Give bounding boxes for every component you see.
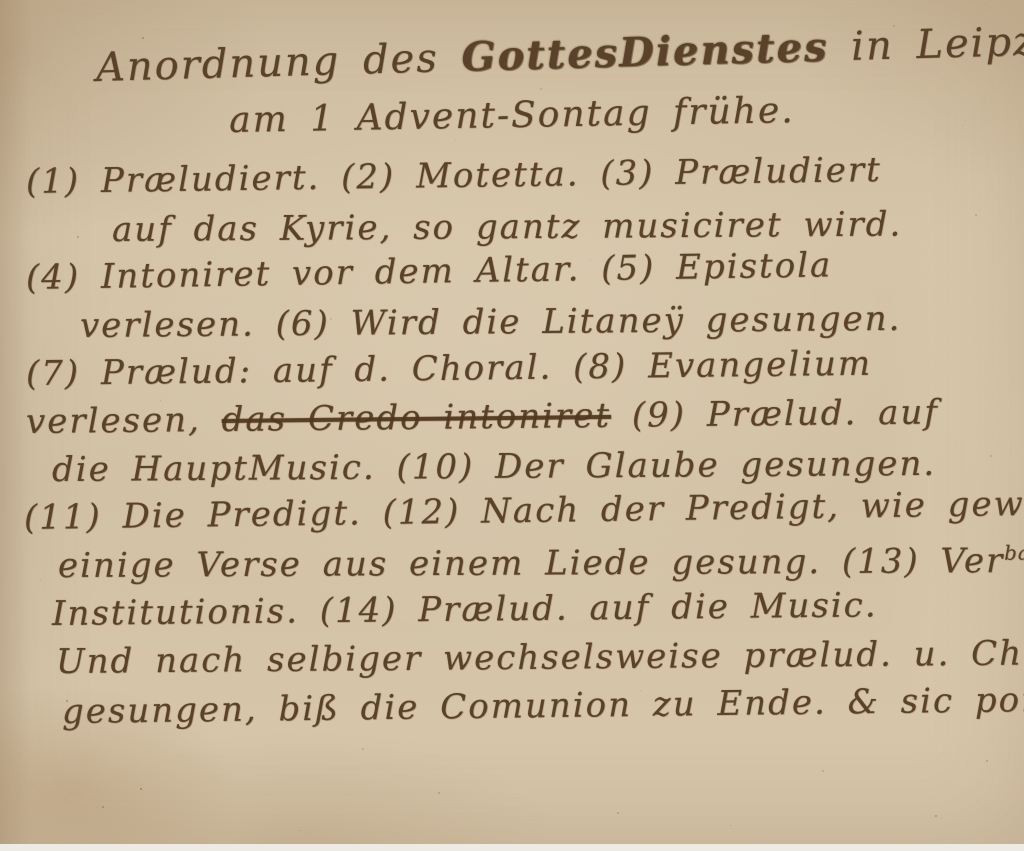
title-line-1: Anordnung des GottesDienstes in Leipzig — [95, 17, 1024, 91]
manuscript-line-1: (1) Præludiert. (2) Motetta. (3) Præludi… — [26, 150, 882, 202]
manuscript-line-11: Und nach selbiger wechselsweise prælud. … — [56, 633, 1024, 682]
line-12-text: gesungen, biß die Comunion zu Ende. & si… — [62, 679, 1024, 732]
manuscript-line-9: einige Verse aus einem Liede gesung. (13… — [58, 541, 1024, 586]
manuscript-line-5: (7) Prælud: auf d. Choral. (8) Evangeliu… — [26, 344, 873, 394]
line-7-text: die HauptMusic. (10) Der Glaube gesungen… — [52, 444, 936, 490]
manuscript-line-3: (4) Intoniret vor dem Altar. (5) Epistol… — [26, 245, 833, 298]
line-3-text: (4) Intoniret vor dem Altar. (5) Epistol… — [26, 245, 833, 298]
line-2-text: auf das Kyrie, so gantz musiciret wird. — [112, 204, 902, 250]
manuscript-page: Anordnung des GottesDienstes in Leipzig … — [0, 0, 1024, 851]
line-5-text: (7) Prælud: auf d. Choral. (8) Evangeliu… — [26, 344, 873, 394]
title-line-2-text: am 1 Advent-Sontag frühe. — [229, 90, 795, 141]
line-4-text: verlesen. (6) Wird die Litaneÿ gesungen. — [80, 299, 902, 346]
title-line-1-post: in Leipzig — [828, 18, 1024, 71]
title-line-1-pre: Anordnung des — [95, 35, 462, 91]
line-10-text: Institutionis. (14) Prælud. auf die Musi… — [52, 585, 878, 634]
manuscript-line-6: verlesen, das Credo intoniret (9) Prælud… — [26, 392, 939, 442]
line-9-superscript: ba — [1004, 542, 1024, 565]
line-6-text: verlesen, — [26, 400, 222, 442]
manuscript-line-8: (11) Die Predigt. (12) Nach der Predigt,… — [24, 483, 1024, 538]
title-ink-blot-word: GottesDienstes — [461, 24, 829, 81]
line-6-text-after: (9) Prælud. auf — [611, 392, 939, 435]
manuscript-line-12: gesungen, biß die Comunion zu Ende. & si… — [62, 679, 1024, 732]
manuscript-line-4: verlesen. (6) Wird die Litaneÿ gesungen. — [80, 299, 902, 346]
line-11-text: Und nach selbiger wechselsweise prælud. … — [56, 633, 1024, 682]
title-line-2: am 1 Advent-Sontag frühe. — [0, 86, 1024, 145]
manuscript-line-10: Institutionis. (14) Prælud. auf die Musi… — [52, 585, 878, 634]
manuscript-text: Anordnung des GottesDienstes in Leipzig … — [0, 0, 1024, 851]
line-8-text: (11) Die Predigt. (12) Nach der Predigt,… — [24, 483, 1024, 538]
line-1-text: (1) Præludiert. (2) Motetta. (3) Præludi… — [26, 150, 882, 202]
strikethrough-text: das Credo intoniret — [221, 396, 611, 440]
line-9-text: einige Verse aus einem Liede gesung. (13… — [58, 541, 1005, 586]
manuscript-line-2: auf das Kyrie, so gantz musiciret wird. — [112, 204, 902, 250]
manuscript-line-7: die HauptMusic. (10) Der Glaube gesungen… — [52, 444, 936, 490]
